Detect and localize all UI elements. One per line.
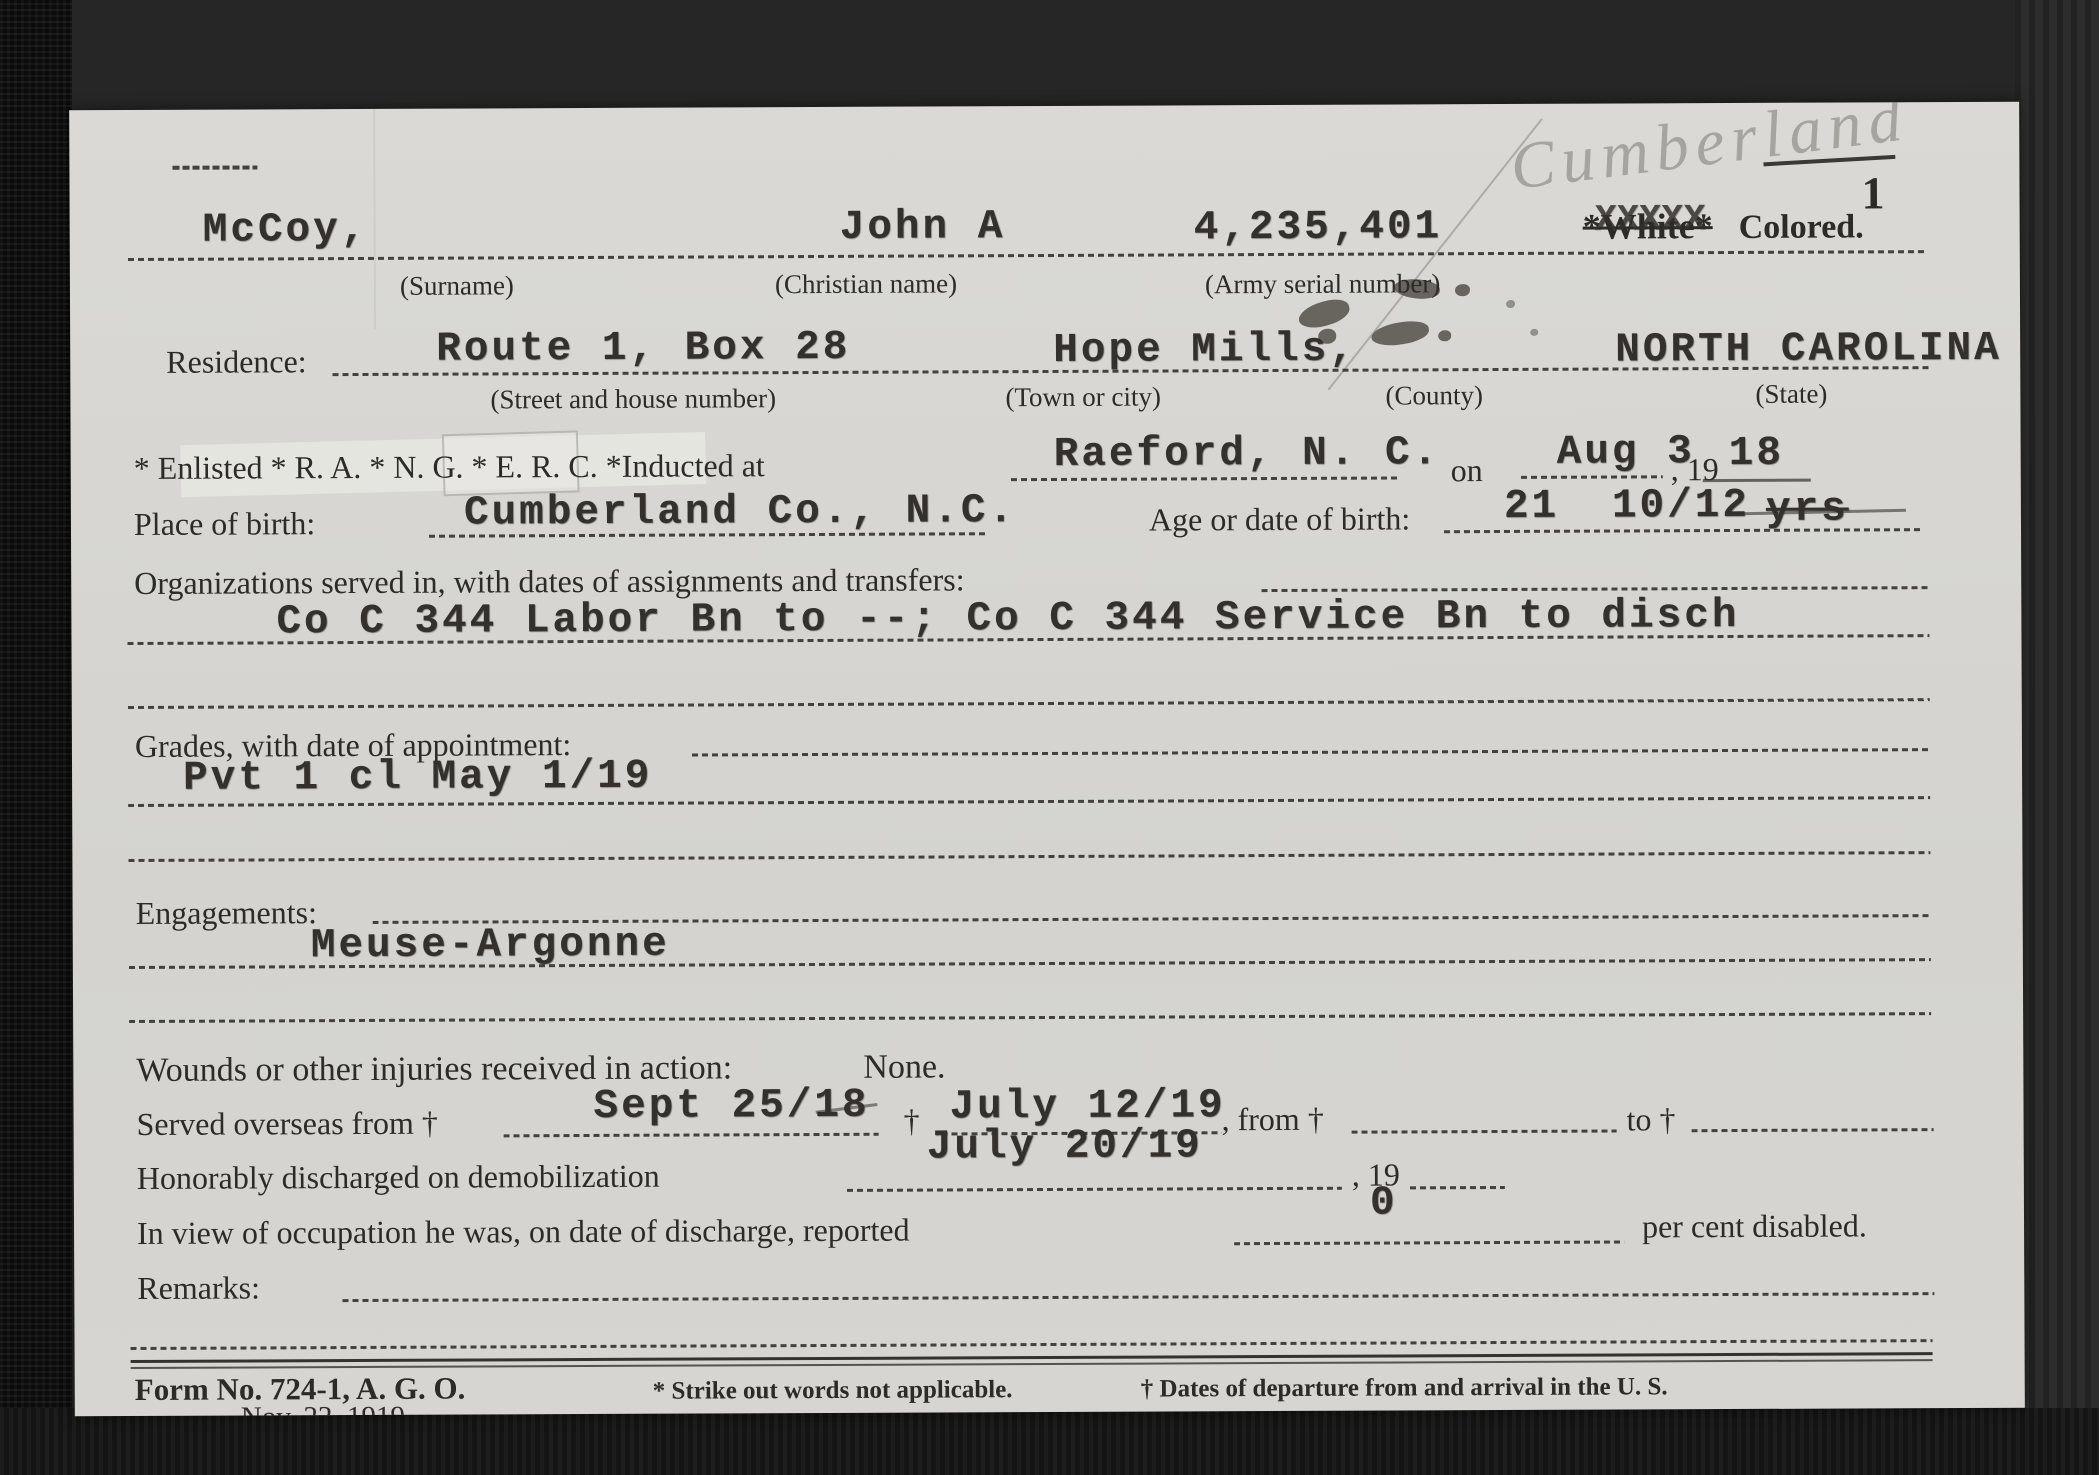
christian-name-label: (Christian name) — [775, 268, 957, 300]
overseas-label: Served overseas from † — [137, 1105, 438, 1143]
scan-background-right-band — [2015, 0, 2099, 1475]
birth-place-label: Place of birth: — [134, 505, 315, 543]
overseas-to2-label: to † — [1626, 1101, 1675, 1138]
engagements-label: Engagements: — [136, 894, 317, 932]
age-value: 21 — [1504, 484, 1559, 530]
town-label: (Town or city) — [1005, 381, 1161, 413]
inducted-year-value: 18 — [1729, 431, 1784, 477]
ink-smudge — [1438, 330, 1451, 341]
inducted-place-rule — [1011, 476, 1401, 481]
residence-street-value: Route 1, Box 28 — [436, 325, 850, 373]
paper-crease — [373, 109, 376, 329]
race-colored-label: Colored. — [1739, 208, 1864, 246]
ink-smudge — [1530, 329, 1538, 336]
serial-number-label: (Army serial number) — [1205, 268, 1441, 300]
serial-number-value: 4,235,401 — [1194, 204, 1443, 251]
overseas-dagger: † — [903, 1103, 919, 1140]
street-label: (Street and house number) — [490, 383, 776, 415]
birth-place-value: Cumberland Co., N.C. — [464, 488, 1016, 536]
state-label: (State) — [1755, 379, 1827, 410]
disability-suffix: per cent disabled. — [1642, 1207, 1867, 1245]
engagements-rule-3 — [129, 1012, 1931, 1023]
age-label: Age or date of birth: — [1149, 500, 1410, 538]
scan-background-left-band — [0, 0, 72, 1475]
footer-note-strike-out: * Strike out words not applicable. — [653, 1376, 1013, 1406]
grades-rule-3 — [128, 851, 1930, 862]
grades-value: Pvt 1 cl May 1/19 — [183, 754, 652, 802]
organizations-label: Organizations served in, with dates of a… — [134, 561, 964, 602]
enlistment-label: * Enlisted * R. A. * N. G. * E. R. C. *I… — [134, 447, 765, 487]
inducted-date-rule — [1521, 475, 1663, 479]
page-number: 1 — [1861, 166, 1884, 219]
disability-rule — [1234, 1240, 1624, 1245]
inducted-year-underline — [1703, 479, 1811, 482]
discharge-date-value: July 20/19 — [927, 1123, 1203, 1170]
scan-background-bottom-band — [0, 1408, 2099, 1475]
discharge-rule-2 — [1410, 1186, 1505, 1189]
remarks-label: Remarks: — [137, 1269, 260, 1307]
organizations-rule-3 — [128, 698, 1930, 709]
scanned-service-card-screen: Cumberland 1 McCoy, John A 4,235,401 *Wh… — [0, 0, 2099, 1475]
surname-value: McCoy, — [203, 207, 369, 254]
pencil-county-note: Cumberland — [1506, 102, 1912, 206]
engagements-value: Meuse-Argonne — [311, 922, 670, 970]
form-date: Nov. 22, 1919 — [241, 1401, 405, 1416]
christian-name-value: John A — [840, 204, 1006, 251]
overseas-rule-3 — [1352, 1130, 1617, 1134]
grades-rule-1 — [692, 748, 1930, 756]
typed-dash-mark — [172, 165, 257, 169]
overseas-rule-1 — [504, 1133, 879, 1138]
overseas-rule-4 — [1692, 1128, 1934, 1132]
ink-smudge — [1506, 300, 1515, 308]
organizations-rule-1 — [1261, 586, 1929, 592]
surname-label: (Surname) — [400, 270, 514, 301]
overseas-from2-label: , from † — [1221, 1101, 1323, 1138]
race-selection: *White* XXXXX Colored. — [1583, 204, 1864, 247]
overseas-from-date: Sept 25/18 — [593, 1083, 869, 1130]
discharge-label: Honorably discharged on demobilization — [137, 1158, 660, 1197]
footer-note-dagger: † Dates of departure from and arrival in… — [1141, 1373, 1668, 1403]
age-fraction-value: 10/12 — [1612, 483, 1750, 530]
footer-dotted-rule — [131, 1339, 1933, 1350]
race-overstrike-x: XXXXX — [1595, 199, 1706, 241]
military-service-record-card: Cumberland 1 McCoy, John A 4,235,401 *Wh… — [69, 102, 2025, 1416]
disability-value: 0 — [1370, 1180, 1398, 1226]
residence-label: Residence: — [166, 343, 307, 381]
discharge-rule-1 — [847, 1187, 1342, 1192]
remarks-rule — [342, 1292, 1934, 1302]
inducted-on-label: on — [1451, 452, 1483, 489]
residence-town-value: Hope Mills, — [1053, 327, 1357, 374]
ink-smudge — [1455, 284, 1470, 296]
disability-label: In view of occupation he was, on date of… — [137, 1212, 910, 1252]
name-rule — [128, 250, 1928, 261]
inducted-place-value: Raeford, N. C. — [1054, 430, 1441, 478]
county-label: (County) — [1385, 380, 1483, 411]
wounds-value: None. — [863, 1048, 945, 1086]
